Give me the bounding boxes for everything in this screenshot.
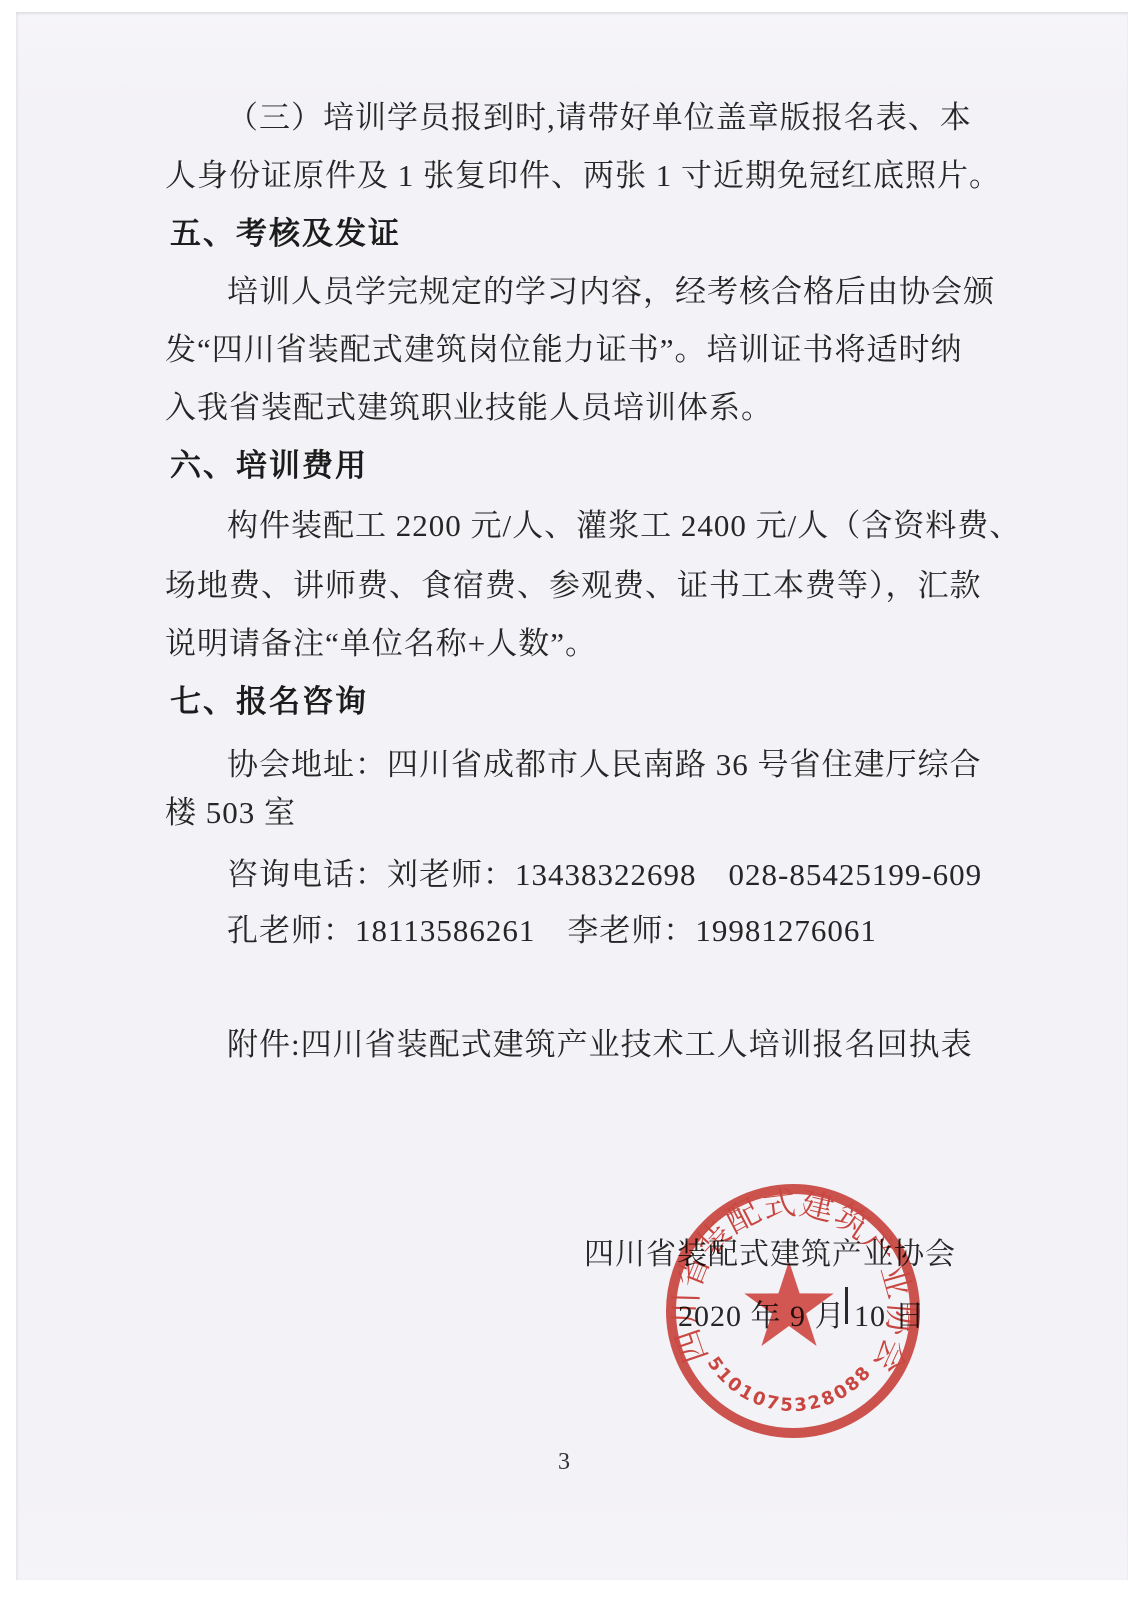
scanned-document-page: （三）培训学员报到时,请带好单位盖章版报名表、本 人身份证原件及 1 张复印件、… xyxy=(0,0,1128,1600)
section-heading-five: 五、考核及发证 xyxy=(170,212,970,256)
body-line: 说明请备注“单位名称+人数”。 xyxy=(165,622,965,666)
body-line: 发“四川省装配式建筑岗位能力证书”。培训证书将适时纳 xyxy=(165,328,965,372)
page-number: 3 xyxy=(0,1449,1128,1476)
body-line: （三）培训学员报到时,请带好单位盖章版报名表、本 xyxy=(165,96,965,140)
body-line: 构件装配工 2200 元/人、灌浆工 2400 元/人（含资料费、 xyxy=(165,504,965,548)
seal-serial-number: 5101075328088 xyxy=(703,1353,877,1416)
section-heading-seven: 七、报名咨询 xyxy=(170,680,970,724)
official-seal: 四川省装配式建筑产业协会 5101075328088 xyxy=(653,1171,933,1451)
address-line: 协会地址：四川省成都市人民南路 36 号省住建厅综合 xyxy=(165,743,965,787)
phone-line: 孔老师：18113586261 李老师：19981276061 xyxy=(165,909,965,953)
body-line: 入我省装配式建筑职业技能人员培训体系。 xyxy=(165,386,965,430)
body-line: 场地费、讲师费、食宿费、参观费、证书工本费等），汇款 xyxy=(165,564,965,608)
body-line: 培训人员学完规定的学习内容，经考核合格后由协会颁 xyxy=(165,270,965,314)
phone-line: 咨询电话：刘老师：13438322698 028-85425199-609 xyxy=(165,853,965,897)
attachment-line: 附件:四川省装配式建筑产业技术工人培训报名回执表 xyxy=(165,1023,965,1067)
section-heading-six: 六、培训费用 xyxy=(170,444,970,488)
address-line: 楼 503 室 xyxy=(165,791,965,835)
seal-star-icon xyxy=(744,1261,833,1346)
body-line: 人身份证原件及 1 张复印件、两张 1 寸近期免冠红底照片。 xyxy=(165,154,965,198)
